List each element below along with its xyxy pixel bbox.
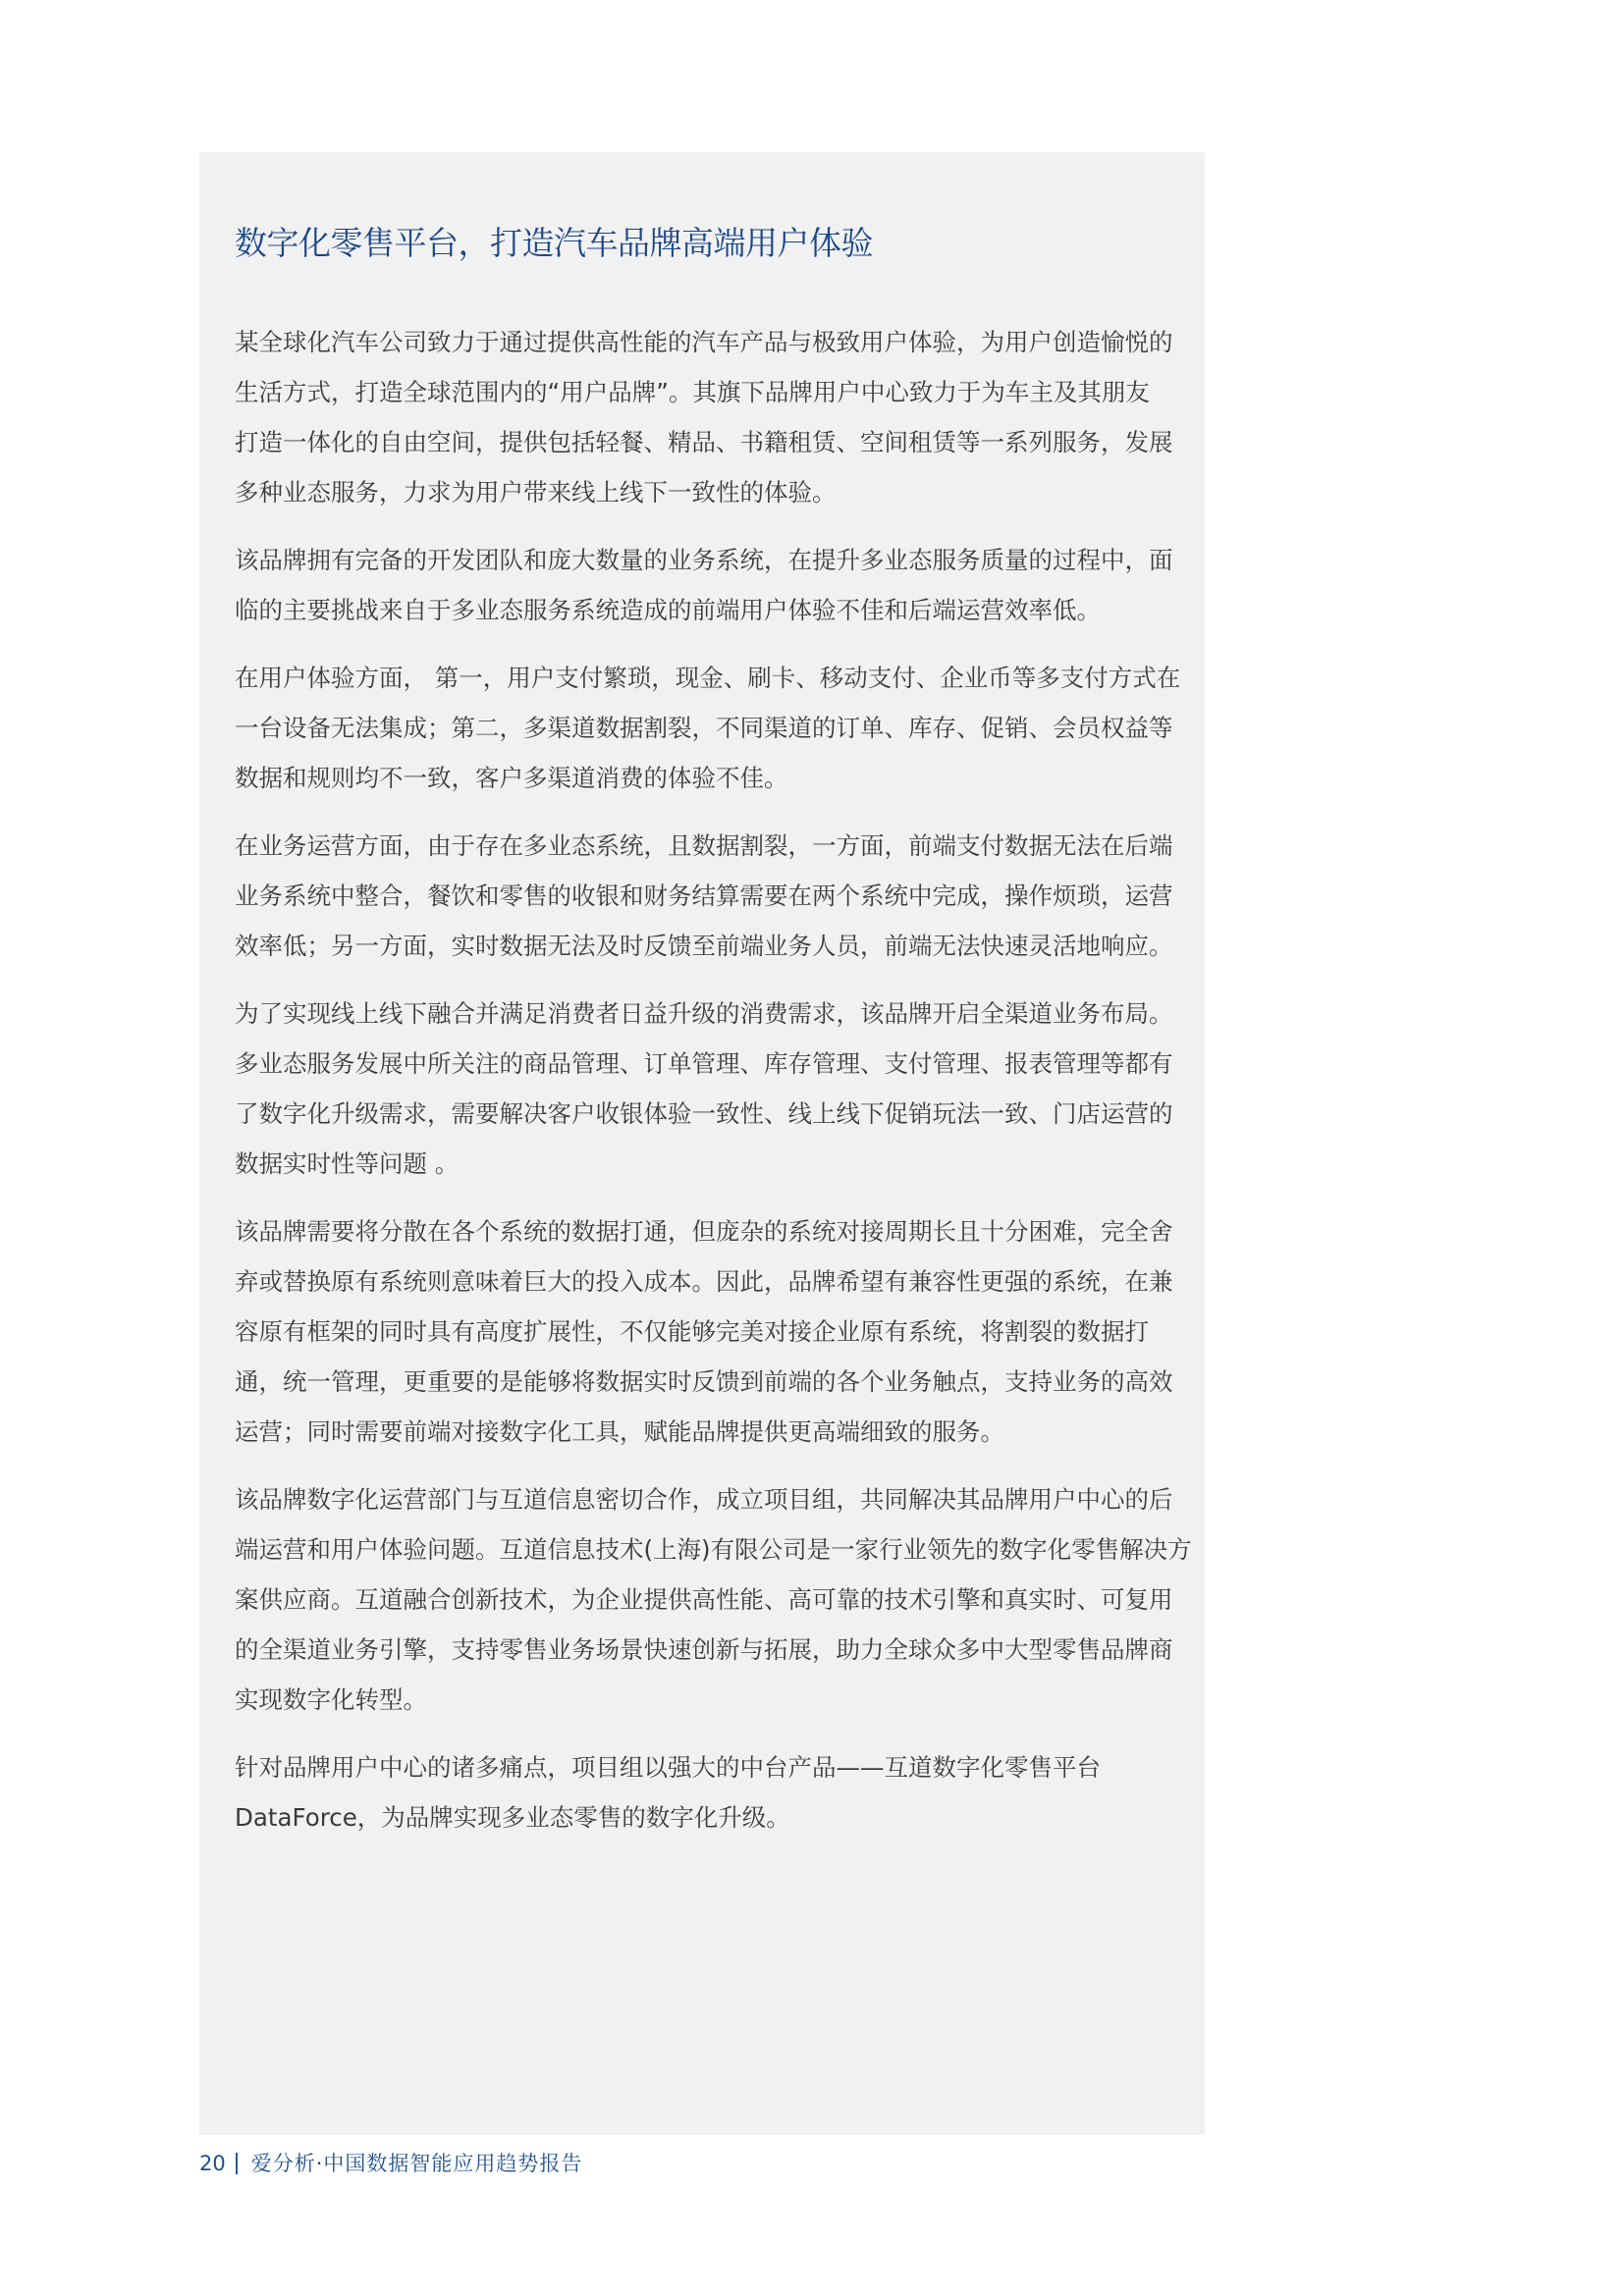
text-line: 针对品牌用户中心的诸多痛点，项目组以强大的中台产品——互道数字化零售平台 xyxy=(235,1742,1169,1792)
text-line: 了数字化升级需求，需要解决客户收银体验一致性、线上线下促销玩法一致、门店运营的 xyxy=(235,1089,1169,1139)
footer-divider xyxy=(236,2153,238,2174)
paragraph-challenges: 该品牌拥有完备的开发团队和庞大数量的业务系统，在提升多业态服务质量的过程中，面 … xyxy=(235,535,1169,635)
text-line: 在业务运营方面，由于存在多业态系统，且数据割裂，一方面，前端支付数据无法在后端 xyxy=(235,821,1169,871)
text-line: 在用户体验方面， 第一，用户支付繁琐，现金、刷卡、移动支付、企业币等多支付方式在 xyxy=(235,653,1169,703)
text-line: DataForce，为品牌实现多业态零售的数字化升级。 xyxy=(235,1792,1169,1842)
paragraph-omnichannel: 为了实现线上线下融合并满足消费者日益升级的消费需求，该品牌开启全渠道业务布局。 … xyxy=(235,988,1169,1189)
text-line: 业务系统中整合，餐饮和零售的收银和财务结算需要在两个系统中完成，操作烦琐，运营 xyxy=(235,871,1169,921)
text-line: 该品牌数字化运营部门与互道信息密切合作，成立项目组，共同解决其品牌用户中心的后 xyxy=(235,1474,1169,1524)
page-footer: 20爱分析·中国数据智能应用趋势报告 xyxy=(199,2150,582,2177)
article-body: 某全球化汽车公司致力于通过提供高性能的汽车产品与极致用户体验，为用户创造愉悦的 … xyxy=(235,317,1165,1842)
paragraph-intro: 某全球化汽车公司致力于通过提供高性能的汽车产品与极致用户体验，为用户创造愉悦的 … xyxy=(235,317,1169,517)
text-line: 端运营和用户体验问题。互道信息技术(上海)有限公司是一家行业领先的数字化零售解决… xyxy=(235,1524,1169,1575)
text-line: 为了实现线上线下融合并满足消费者日益升级的消费需求，该品牌开启全渠道业务布局。 xyxy=(235,988,1169,1039)
paragraph-operations: 在业务运营方面，由于存在多业态系统，且数据割裂，一方面，前端支付数据无法在后端 … xyxy=(235,821,1169,971)
paragraph-user-experience: 在用户体验方面， 第一，用户支付繁琐，现金、刷卡、移动支付、企业币等多支付方式在… xyxy=(235,653,1169,803)
text-line: 某全球化汽车公司致力于通过提供高性能的汽车产品与极致用户体验，为用户创造愉悦的 xyxy=(235,317,1169,367)
article-panel: 数字化零售平台，打造汽车品牌高端用户体验 某全球化汽车公司致力于通过提供高性能的… xyxy=(199,152,1205,2135)
report-title: 爱分析·中国数据智能应用趋势报告 xyxy=(251,2150,583,2177)
text-line: 数据和规则均不一致，客户多渠道消费的体验不佳。 xyxy=(235,753,1169,803)
text-line: 容原有框架的同时具有高度扩展性，不仅能够完美对接企业原有系统，将割裂的数据打 xyxy=(235,1307,1169,1357)
paragraph-integration-needs: 该品牌需要将分散在各个系统的数据打通，但庞杂的系统对接周期长且十分困难，完全舍 … xyxy=(235,1206,1169,1457)
paragraph-partnership: 该品牌数字化运营部门与互道信息密切合作，成立项目组，共同解决其品牌用户中心的后 … xyxy=(235,1474,1169,1725)
paragraph-solution: 针对品牌用户中心的诸多痛点，项目组以强大的中台产品——互道数字化零售平台 Dat… xyxy=(235,1742,1169,1842)
text-line: 多业态服务发展中所关注的商品管理、订单管理、库存管理、支付管理、报表管理等都有 xyxy=(235,1039,1169,1089)
article-title: 数字化零售平台，打造汽车品牌高端用户体验 xyxy=(235,221,1165,266)
text-line: 该品牌拥有完备的开发团队和庞大数量的业务系统，在提升多业态服务质量的过程中，面 xyxy=(235,535,1169,585)
text-line: 生活方式，打造全球范围内的“用户品牌”。其旗下品牌用户中心致力于为车主及其朋友 xyxy=(235,367,1169,417)
text-line: 数据实时性等问题 。 xyxy=(235,1139,1169,1189)
text-line: 多种业态服务，力求为用户带来线上线下一致性的体验。 xyxy=(235,467,1169,517)
text-line: 打造一体化的自由空间，提供包括轻餐、精品、书籍租赁、空间租赁等一系列服务，发展 xyxy=(235,417,1169,467)
text-line: 运营；同时需要前端对接数字化工具，赋能品牌提供更高端细致的服务。 xyxy=(235,1407,1169,1457)
text-line: 该品牌需要将分散在各个系统的数据打通，但庞杂的系统对接周期长且十分困难，完全舍 xyxy=(235,1206,1169,1256)
text-line: 的全渠道业务引擎，支持零售业务场景快速创新与拓展，助力全球众多中大型零售品牌商 xyxy=(235,1625,1169,1675)
page-number: 20 xyxy=(199,2150,226,2177)
text-line: 实现数字化转型。 xyxy=(235,1675,1169,1725)
text-line: 临的主要挑战来自于多业态服务系统造成的前端用户体验不佳和后端运营效率低。 xyxy=(235,585,1169,635)
text-line: 弃或替换原有系统则意味着巨大的投入成本。因此，品牌希望有兼容性更强的系统，在兼 xyxy=(235,1256,1169,1307)
text-line: 效率低；另一方面，实时数据无法及时反馈至前端业务人员，前端无法快速灵活地响应。 xyxy=(235,921,1169,971)
text-line: 案供应商。互道融合创新技术，为企业提供高性能、高可靠的技术引擎和真实时、可复用 xyxy=(235,1575,1169,1625)
text-line: 一台设备无法集成；第二，多渠道数据割裂，不同渠道的订单、库存、促销、会员权益等 xyxy=(235,703,1169,753)
text-line: 通，统一管理，更重要的是能够将数据实时反馈到前端的各个业务触点，支持业务的高效 xyxy=(235,1357,1169,1407)
